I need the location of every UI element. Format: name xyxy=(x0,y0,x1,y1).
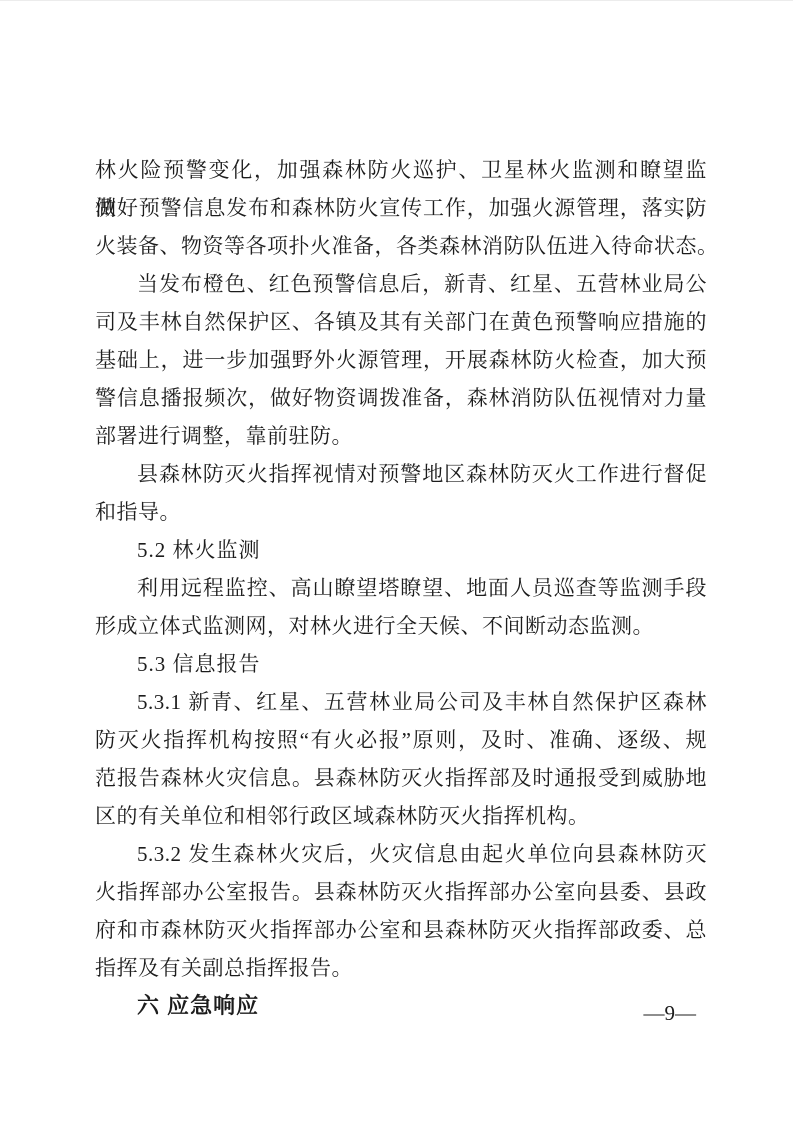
text-line: 火指挥部办公室报告。县森林防灭火指挥部办公室向县委、县政 xyxy=(95,873,707,911)
text-line: 部署进行调整，靠前驻防。 xyxy=(95,417,707,455)
section-subheading: 5.2 林火监测 xyxy=(137,531,707,569)
text-line: 区的有关单位和相邻行政区域森林防灭火指挥机构。 xyxy=(95,797,707,835)
text-line: 警信息播报频次，做好物资调拨准备，森林消防队伍视情对力量 xyxy=(95,379,707,417)
text-line: 基础上，进一步加强野外火源管理，开展森林防火检查，加大预 xyxy=(95,341,707,379)
document-page: 林火险预警变化，加强森林防火巡护、卫星林火监测和瞭望监测，做好预警信息发布和森林… xyxy=(0,0,793,1123)
text-line: 利用远程监控、高山瞭望塔瞭望、地面人员巡查等监测手段 xyxy=(95,569,707,607)
page-number: —9— xyxy=(644,1001,697,1026)
text-line: 5.3.2 发生森林火灾后，火灾信息由起火单位向县森林防灭 xyxy=(95,835,707,873)
text-line: 司及丰林自然保护区、各镇及其有关部门在黄色预警响应措施的 xyxy=(95,303,707,341)
text-line: 林火险预警变化，加强森林防火巡护、卫星林火监测和瞭望监测， xyxy=(95,151,707,189)
document-content: 林火险预警变化，加强森林防火巡护、卫星林火监测和瞭望监测，做好预警信息发布和森林… xyxy=(95,151,707,1025)
text-line: 当发布橙色、红色预警信息后，新青、红星、五营林业局公 xyxy=(95,265,707,303)
text-line: 形成立体式监测网，对林火进行全天候、不间断动态监测。 xyxy=(95,607,707,645)
section-subheading: 5.3 信息报告 xyxy=(137,645,707,683)
chapter-heading: 六 应急响应 xyxy=(137,987,707,1025)
text-line: 防灭火指挥机构按照“有火必报”原则，及时、准确、逐级、规 xyxy=(95,721,707,759)
text-line: 府和市森林防灭火指挥部办公室和县森林防灭火指挥部政委、总 xyxy=(95,911,707,949)
text-line: 指挥及有关副总指挥报告。 xyxy=(95,949,707,987)
text-line: 范报告森林火灾信息。县森林防灭火指挥部及时通报受到威胁地 xyxy=(95,759,707,797)
text-line: 5.3.1 新青、红星、五营林业局公司及丰林自然保护区森林 xyxy=(95,683,707,721)
text-line: 县森林防灭火指挥视情对预警地区森林防灭火工作进行督促 xyxy=(95,455,707,493)
text-line: 和指导。 xyxy=(95,493,707,531)
text-line: 做好预警信息发布和森林防火宣传工作，加强火源管理，落实防 xyxy=(95,189,707,227)
text-line: 火装备、物资等各项扑火准备，各类森林消防队伍进入待命状态。 xyxy=(95,227,707,265)
